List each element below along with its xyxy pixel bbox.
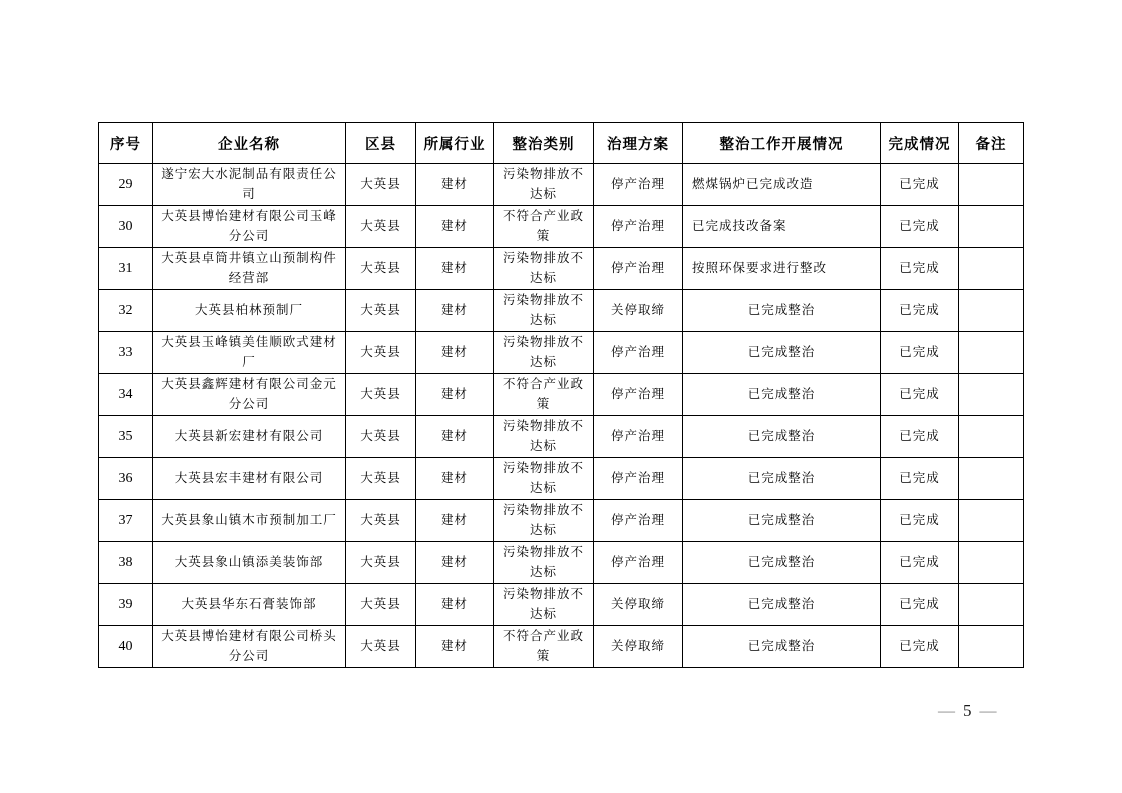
cell-industry: 建材 [416,584,494,626]
cell-progress: 已完成整治 [683,374,881,416]
cell-plan: 停产治理 [594,164,683,206]
cell-no: 32 [99,290,153,332]
table-row: 34大英县鑫辉建材有限公司金元分公司大英县建材不符合产业政策停产治理已完成整治已… [99,374,1024,416]
cell-progress: 已完成整治 [683,500,881,542]
cell-status: 已完成 [881,374,959,416]
cell-progress: 按照环保要求进行整改 [683,248,881,290]
cell-plan: 停产治理 [594,542,683,584]
cell-status: 已完成 [881,206,959,248]
cell-status: 已完成 [881,248,959,290]
cell-company: 大英县柏林预制厂 [153,290,346,332]
table-row: 37大英县象山镇木市预制加工厂大英县建材污染物排放不达标停产治理已完成整治已完成 [99,500,1024,542]
cell-category: 不符合产业政策 [494,374,594,416]
cell-remark [959,206,1024,248]
cell-company: 大英县博怡建材有限公司玉峰分公司 [153,206,346,248]
col-header-status: 完成情况 [881,123,959,164]
cell-company: 大英县象山镇木市预制加工厂 [153,500,346,542]
cell-progress: 燃煤锅炉已完成改造 [683,164,881,206]
col-header-category: 整治类别 [494,123,594,164]
cell-remark [959,374,1024,416]
cell-category: 不符合产业政策 [494,206,594,248]
cell-plan: 关停取缔 [594,584,683,626]
cell-category: 污染物排放不达标 [494,416,594,458]
cell-plan: 关停取缔 [594,290,683,332]
cell-no: 33 [99,332,153,374]
cell-industry: 建材 [416,164,494,206]
col-header-district: 区县 [346,123,416,164]
cell-category: 污染物排放不达标 [494,542,594,584]
cell-remark [959,626,1024,668]
cell-status: 已完成 [881,500,959,542]
cell-plan: 停产治理 [594,332,683,374]
table-row: 30大英县博怡建材有限公司玉峰分公司大英县建材不符合产业政策停产治理已完成技改备… [99,206,1024,248]
cell-district: 大英县 [346,290,416,332]
cell-industry: 建材 [416,626,494,668]
cell-status: 已完成 [881,164,959,206]
table-row: 38大英县象山镇添美装饰部大英县建材污染物排放不达标停产治理已完成整治已完成 [99,542,1024,584]
cell-status: 已完成 [881,584,959,626]
cell-no: 40 [99,626,153,668]
cell-remark [959,500,1024,542]
cell-remark [959,458,1024,500]
cell-plan: 停产治理 [594,416,683,458]
cell-district: 大英县 [346,500,416,542]
page-number: —5— [938,701,997,721]
cell-progress: 已完成整治 [683,290,881,332]
cell-progress: 已完成整治 [683,626,881,668]
cell-company: 大英县博怡建材有限公司桥头分公司 [153,626,346,668]
cell-industry: 建材 [416,290,494,332]
cell-district: 大英县 [346,374,416,416]
cell-district: 大英县 [346,458,416,500]
cell-company: 大英县新宏建材有限公司 [153,416,346,458]
cell-company: 大英县象山镇添美装饰部 [153,542,346,584]
col-header-plan: 治理方案 [594,123,683,164]
cell-plan: 停产治理 [594,206,683,248]
table-header-row: 序号 企业名称 区县 所属行业 整治类别 治理方案 整治工作开展情况 完成情况 … [99,123,1024,164]
cell-progress: 已完成整治 [683,542,881,584]
cell-status: 已完成 [881,542,959,584]
table-row: 29遂宁宏大水泥制品有限责任公司大英县建材污染物排放不达标停产治理燃煤锅炉已完成… [99,164,1024,206]
table-row: 36大英县宏丰建材有限公司大英县建材污染物排放不达标停产治理已完成整治已完成 [99,458,1024,500]
cell-category: 污染物排放不达标 [494,164,594,206]
cell-category: 污染物排放不达标 [494,290,594,332]
cell-category: 污染物排放不达标 [494,500,594,542]
table-row: 32大英县柏林预制厂大英县建材污染物排放不达标关停取缔已完成整治已完成 [99,290,1024,332]
cell-district: 大英县 [346,248,416,290]
cell-district: 大英县 [346,542,416,584]
remediation-table: 序号 企业名称 区县 所属行业 整治类别 治理方案 整治工作开展情况 完成情况 … [98,122,1024,668]
col-header-remark: 备注 [959,123,1024,164]
page-number-value: 5 [955,701,980,720]
cell-progress: 已完成整治 [683,332,881,374]
cell-progress: 已完成整治 [683,584,881,626]
cell-industry: 建材 [416,458,494,500]
cell-plan: 停产治理 [594,248,683,290]
cell-category: 不符合产业政策 [494,626,594,668]
cell-no: 38 [99,542,153,584]
document-page: 序号 企业名称 区县 所属行业 整治类别 治理方案 整治工作开展情况 完成情况 … [0,0,1122,793]
table-row: 35大英县新宏建材有限公司大英县建材污染物排放不达标停产治理已完成整治已完成 [99,416,1024,458]
cell-remark [959,290,1024,332]
cell-status: 已完成 [881,458,959,500]
cell-industry: 建材 [416,332,494,374]
cell-district: 大英县 [346,626,416,668]
cell-company: 遂宁宏大水泥制品有限责任公司 [153,164,346,206]
table-row: 40大英县博怡建材有限公司桥头分公司大英县建材不符合产业政策关停取缔已完成整治已… [99,626,1024,668]
cell-category: 污染物排放不达标 [494,332,594,374]
cell-no: 39 [99,584,153,626]
cell-company: 大英县鑫辉建材有限公司金元分公司 [153,374,346,416]
cell-industry: 建材 [416,374,494,416]
cell-no: 35 [99,416,153,458]
cell-plan: 停产治理 [594,374,683,416]
col-header-progress: 整治工作开展情况 [683,123,881,164]
cell-district: 大英县 [346,164,416,206]
cell-company: 大英县宏丰建材有限公司 [153,458,346,500]
page-number-dash-right: — [980,701,997,720]
table-row: 39大英县华东石膏装饰部大英县建材污染物排放不达标关停取缔已完成整治已完成 [99,584,1024,626]
cell-category: 污染物排放不达标 [494,584,594,626]
cell-district: 大英县 [346,416,416,458]
cell-district: 大英县 [346,584,416,626]
cell-status: 已完成 [881,332,959,374]
cell-no: 37 [99,500,153,542]
cell-district: 大英县 [346,206,416,248]
cell-district: 大英县 [346,332,416,374]
cell-company: 大英县华东石膏装饰部 [153,584,346,626]
cell-industry: 建材 [416,206,494,248]
cell-status: 已完成 [881,626,959,668]
page-number-dash-left: — [938,701,955,720]
cell-industry: 建材 [416,500,494,542]
cell-no: 31 [99,248,153,290]
cell-company: 大英县卓筒井镇立山预制构件经营部 [153,248,346,290]
cell-plan: 停产治理 [594,500,683,542]
cell-company: 大英县玉峰镇美佳顺欧式建材厂 [153,332,346,374]
cell-category: 污染物排放不达标 [494,458,594,500]
cell-no: 30 [99,206,153,248]
col-header-no: 序号 [99,123,153,164]
col-header-industry: 所属行业 [416,123,494,164]
cell-industry: 建材 [416,416,494,458]
cell-industry: 建材 [416,248,494,290]
cell-industry: 建材 [416,542,494,584]
cell-remark [959,542,1024,584]
table-row: 31大英县卓筒井镇立山预制构件经营部大英县建材污染物排放不达标停产治理按照环保要… [99,248,1024,290]
col-header-company: 企业名称 [153,123,346,164]
cell-remark [959,584,1024,626]
cell-remark [959,332,1024,374]
cell-progress: 已完成技改备案 [683,206,881,248]
cell-status: 已完成 [881,416,959,458]
cell-remark [959,164,1024,206]
cell-no: 34 [99,374,153,416]
cell-category: 污染物排放不达标 [494,248,594,290]
cell-progress: 已完成整治 [683,458,881,500]
table-row: 33大英县玉峰镇美佳顺欧式建材厂大英县建材污染物排放不达标停产治理已完成整治已完… [99,332,1024,374]
cell-progress: 已完成整治 [683,416,881,458]
cell-no: 36 [99,458,153,500]
cell-plan: 停产治理 [594,458,683,500]
cell-remark [959,248,1024,290]
cell-plan: 关停取缔 [594,626,683,668]
cell-no: 29 [99,164,153,206]
cell-status: 已完成 [881,290,959,332]
cell-remark [959,416,1024,458]
